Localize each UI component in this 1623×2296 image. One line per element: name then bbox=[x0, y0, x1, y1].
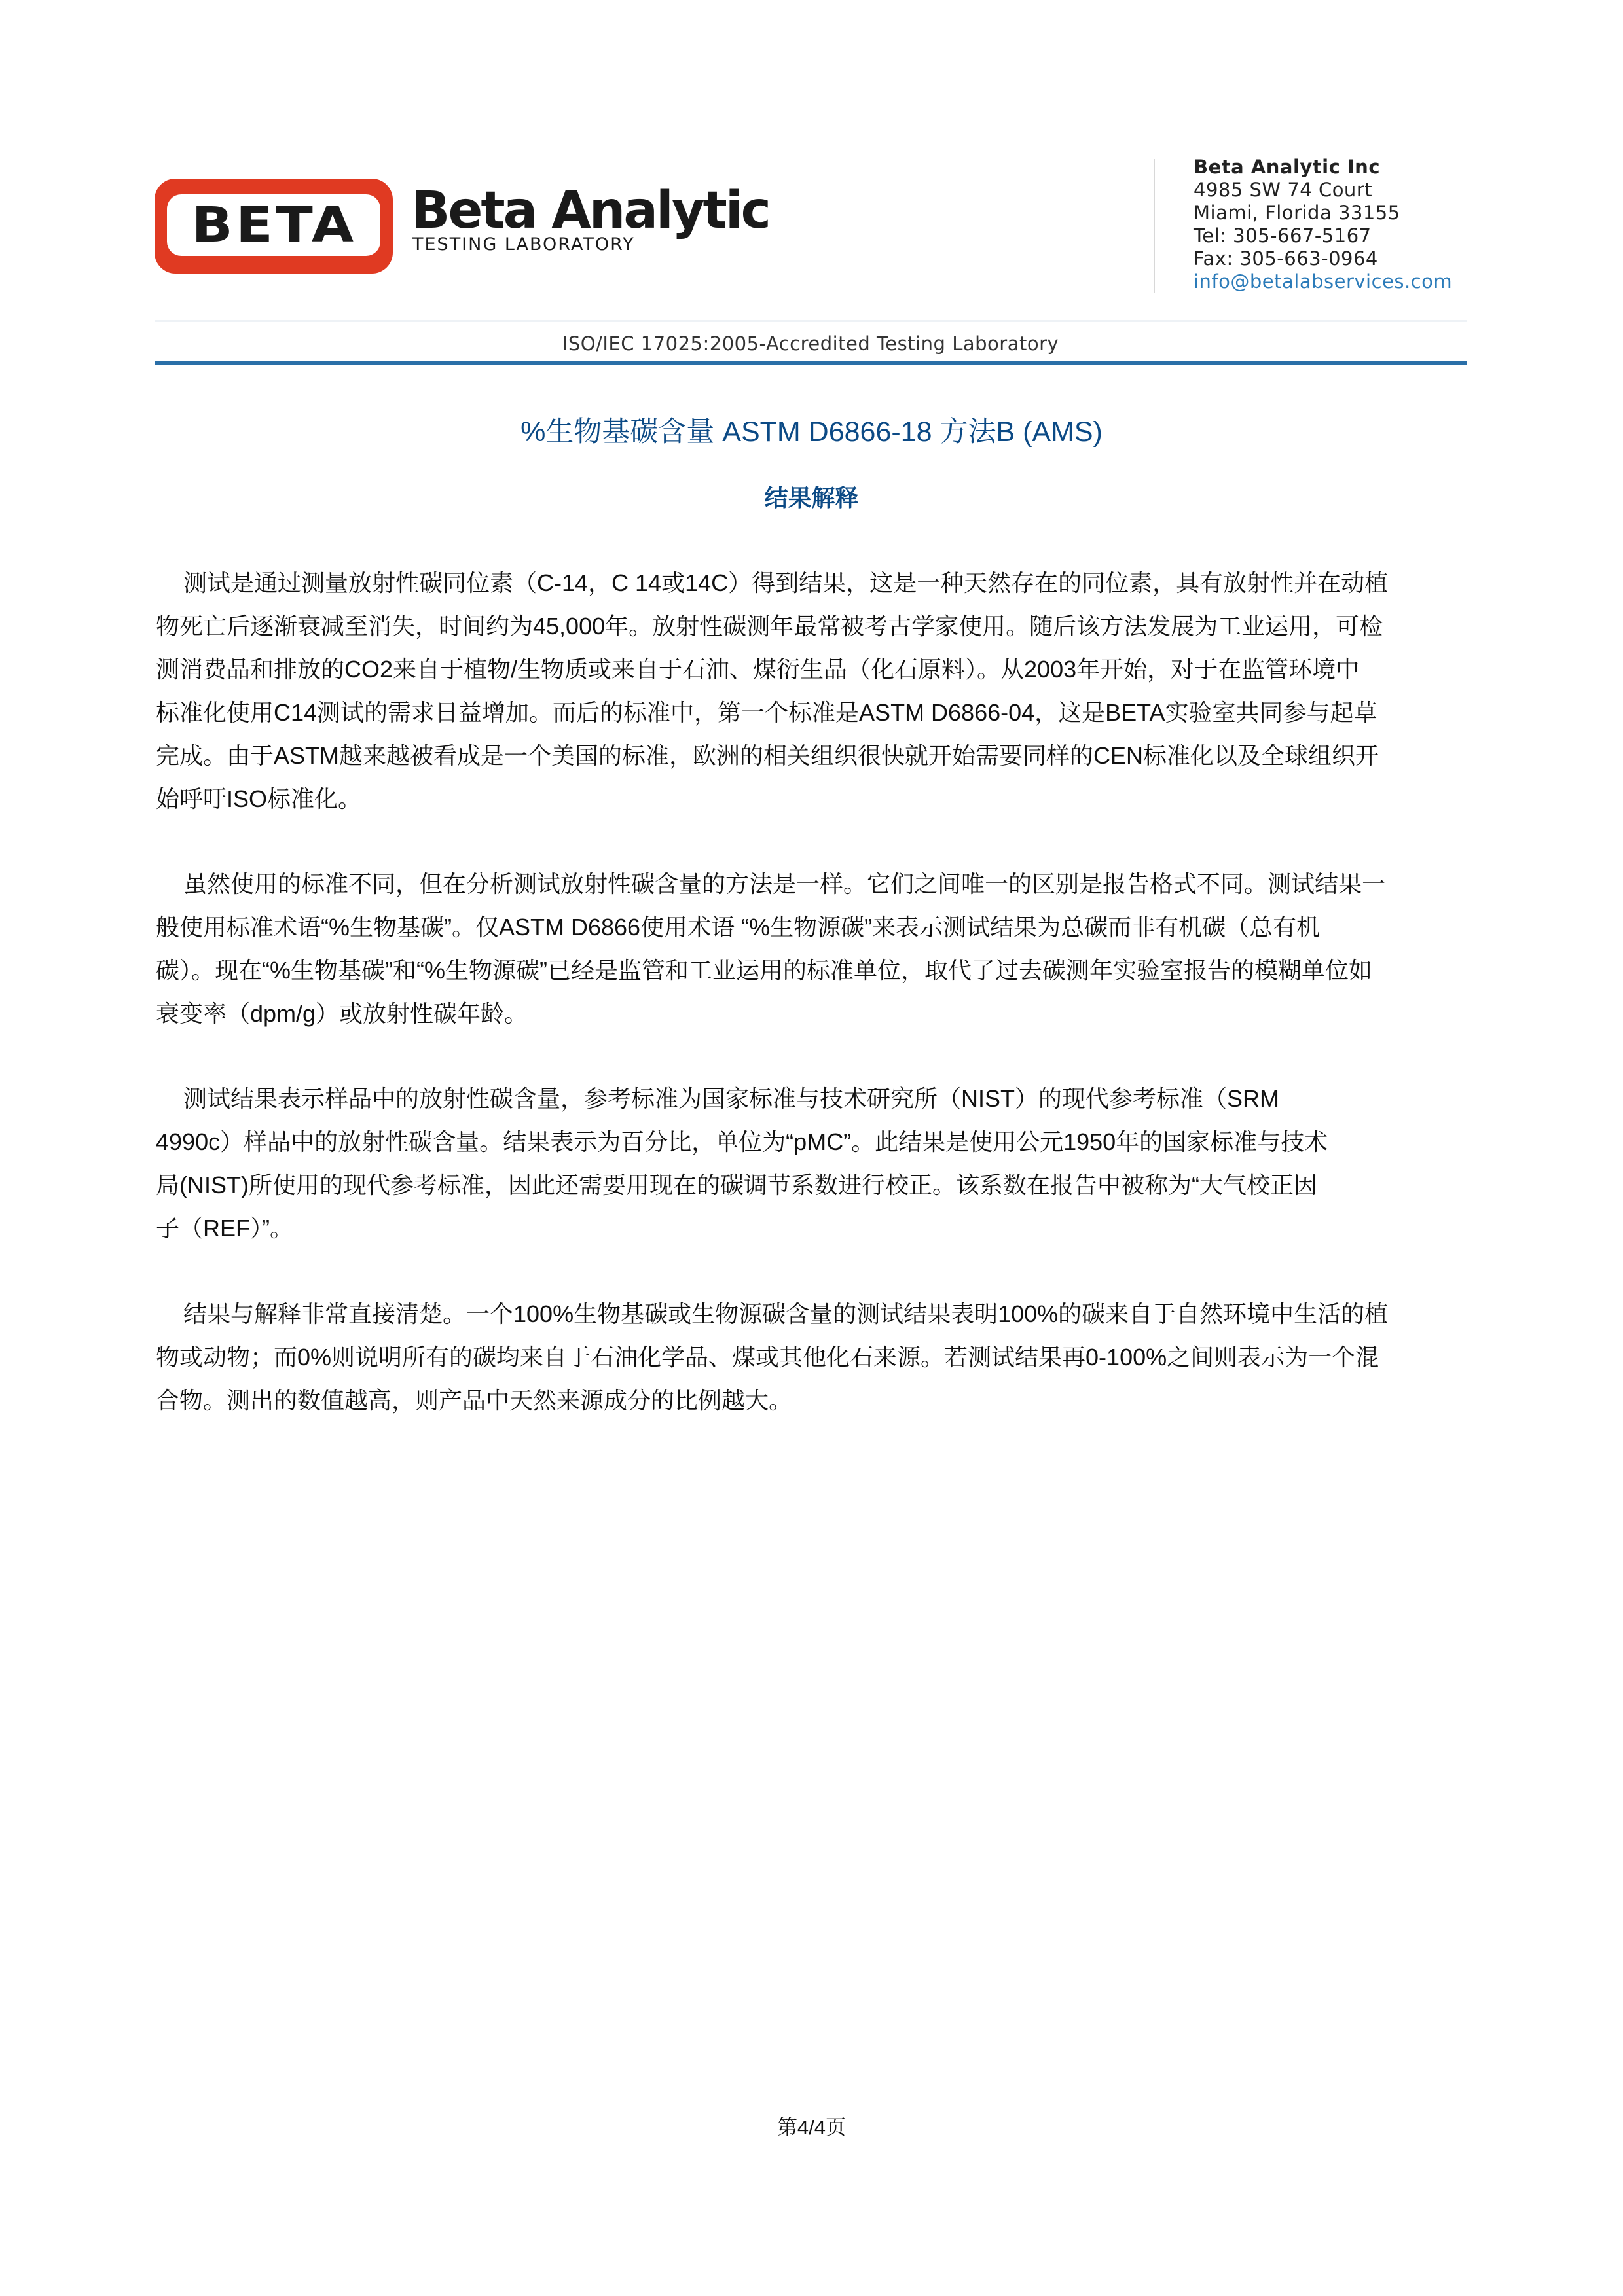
logo-mark-text: BETA bbox=[191, 197, 356, 253]
header-divider bbox=[1154, 159, 1155, 293]
paragraph-line: 般使用标准术语“%生物基碳”。仅ASTM D6866使用术语 “%生物源碳”来表… bbox=[156, 906, 1472, 949]
accreditation-statement: ISO/IEC 17025:2005-Accredited Testing La… bbox=[155, 332, 1467, 355]
paragraph-line: 始呼吁ISO标准化。 bbox=[156, 778, 1472, 821]
paragraph-3: 测试结果表示样品中的放射性碳含量，参考标准为国家标准与技术研究所（NIST）的现… bbox=[156, 1077, 1472, 1250]
paragraph-1: 测试是通过测量放射性碳同位素（C-14，C 14或14C）得到结果，这是一种天然… bbox=[156, 562, 1472, 821]
paragraph-2: 虽然使用的标准不同，但在分析测试放射性碳含量的方法是一样。它们之间唯一的区别是报… bbox=[156, 863, 1472, 1035]
address-line-2: Miami, Florida 33155 bbox=[1194, 202, 1452, 224]
contact-block: Beta Analytic Inc 4985 SW 74 Court Miami… bbox=[1194, 156, 1452, 293]
beta-logo-mark: BETA bbox=[155, 179, 393, 274]
paragraph-line: 碳）。现在“%生物基碳”和“%生物源碳”已经是监管和工业运用的标准单位，取代了过… bbox=[156, 949, 1472, 992]
paragraph-line: 测试结果表示样品中的放射性碳含量，参考标准为国家标准与技术研究所（NIST）的现… bbox=[156, 1077, 1472, 1121]
brand-tagline: TESTING LABORATORY bbox=[412, 236, 635, 253]
email-link[interactable]: info@betalabservices.com bbox=[1194, 270, 1452, 293]
paragraph-line: 合物。测出的数值越高，则产品中天然来源成分的比例越大。 bbox=[156, 1379, 1472, 1422]
brand-name: Beta Analytic bbox=[411, 185, 769, 236]
paragraph-line: 测试是通过测量放射性碳同位素（C-14，C 14或14C）得到结果，这是一种天然… bbox=[156, 562, 1472, 605]
telephone: Tel: 305-667-5167 bbox=[1194, 224, 1452, 247]
paragraph-line: 4990c）样品中的放射性碳含量。结果表示为百分比，单位为“pMC”。此结果是使… bbox=[156, 1121, 1472, 1164]
paragraph-line: 物或动物；而0%则说明所有的碳均来自于石油化学品、煤或其他化石来源。若测试结果再… bbox=[156, 1336, 1472, 1379]
paragraph-line: 测消费品和排放的CO2来自于植物/生物质或来自于石油、煤衍生品（化石原料）。从2… bbox=[156, 648, 1472, 691]
beta-logo-inner: BETA bbox=[167, 194, 380, 256]
paragraph-line: 虽然使用的标准不同，但在分析测试放射性碳含量的方法是一样。它们之间唯一的区别是报… bbox=[156, 863, 1472, 906]
fax: Fax: 305-663-0964 bbox=[1194, 247, 1452, 270]
company-name: Beta Analytic Inc bbox=[1194, 156, 1452, 179]
header-rule-light bbox=[155, 320, 1467, 322]
paragraph-line: 衰变率（dpm/g）或放射性碳年龄。 bbox=[156, 992, 1472, 1035]
paragraph-line: 完成。由于ASTM越来越被看成是一个美国的标准，欧洲的相关组织很快就开始需要同样… bbox=[156, 734, 1472, 778]
paragraph-line: 标准化使用C14测试的需求日益增加。而后的标准中，第一个标准是ASTM D686… bbox=[156, 691, 1472, 734]
paragraph-line: 物死亡后逐渐衰减至消失，时间约为45,000年。放射性碳测年最常被考古学家使用。… bbox=[156, 605, 1472, 648]
address-line-1: 4985 SW 74 Court bbox=[1194, 179, 1452, 202]
header-rule-blue bbox=[155, 361, 1467, 365]
paragraph-4: 结果与解释非常直接清楚。一个100%生物基碳或生物源碳含量的测试结果表明100%… bbox=[156, 1293, 1472, 1422]
page-indicator: 第4/4页 bbox=[0, 2111, 1623, 2140]
document-title: %生物基碳含量 ASTM D6866-18 方法B (AMS) bbox=[0, 410, 1623, 450]
document-subtitle: 结果解释 bbox=[0, 480, 1623, 513]
paragraph-line: 子（REF）”。 bbox=[156, 1207, 1472, 1250]
paragraph-line: 局(NIST)所使用的现代参考标准，因此还需要用现在的碳调节系数进行校正。该系数… bbox=[156, 1164, 1472, 1207]
paragraph-line: 结果与解释非常直接清楚。一个100%生物基碳或生物源碳含量的测试结果表明100%… bbox=[156, 1293, 1472, 1336]
